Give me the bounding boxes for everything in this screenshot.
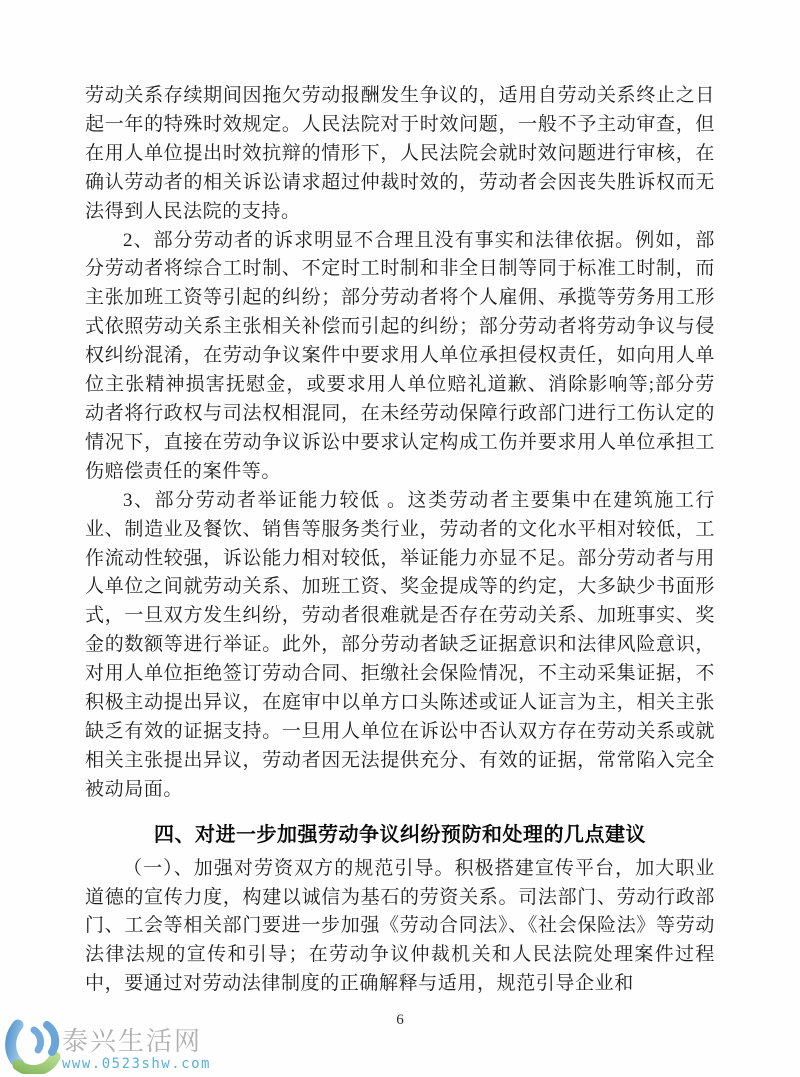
- paragraph: 劳动关系存续期间因拖欠劳动报酬发生争议的，适用自劳动关系终止之日起一年的特殊时效…: [85, 82, 715, 227]
- watermark-text: 泰兴生活网 www.0523shw.com: [62, 1026, 211, 1073]
- paragraph: 2、部分劳动者的诉求明显不合理且没有事实和法律依据。例如，部分劳动者将综合工时制…: [85, 227, 715, 487]
- section-heading: 四、对进一步加强劳动争议纠纷预防和处理的几点建议: [85, 818, 715, 847]
- watermark-site-name: 泰兴生活网: [62, 1026, 211, 1056]
- site-logo-icon: [4, 1016, 62, 1074]
- watermark: 泰兴生活网 www.0523shw.com: [4, 1016, 211, 1074]
- watermark-site-url: www.0523shw.com: [62, 1056, 211, 1073]
- document-page: 劳动关系存续期间因拖欠劳动报酬发生争议的，适用自劳动关系终止之日起一年的特殊时效…: [0, 0, 800, 1077]
- paragraph: （一）、加强对劳资双方的规范引导。积极搭建宣传平台，加大职业道德的宣传力度，构建…: [85, 855, 715, 1000]
- document-body: 劳动关系存续期间因拖欠劳动报酬发生争议的，适用自劳动关系终止之日起一年的特殊时效…: [85, 82, 715, 999]
- paragraph: 3、部分劳动者举证能力较低 。这类劳动者主要集中在建筑施工行业、制造业及餐饮、销…: [85, 487, 715, 805]
